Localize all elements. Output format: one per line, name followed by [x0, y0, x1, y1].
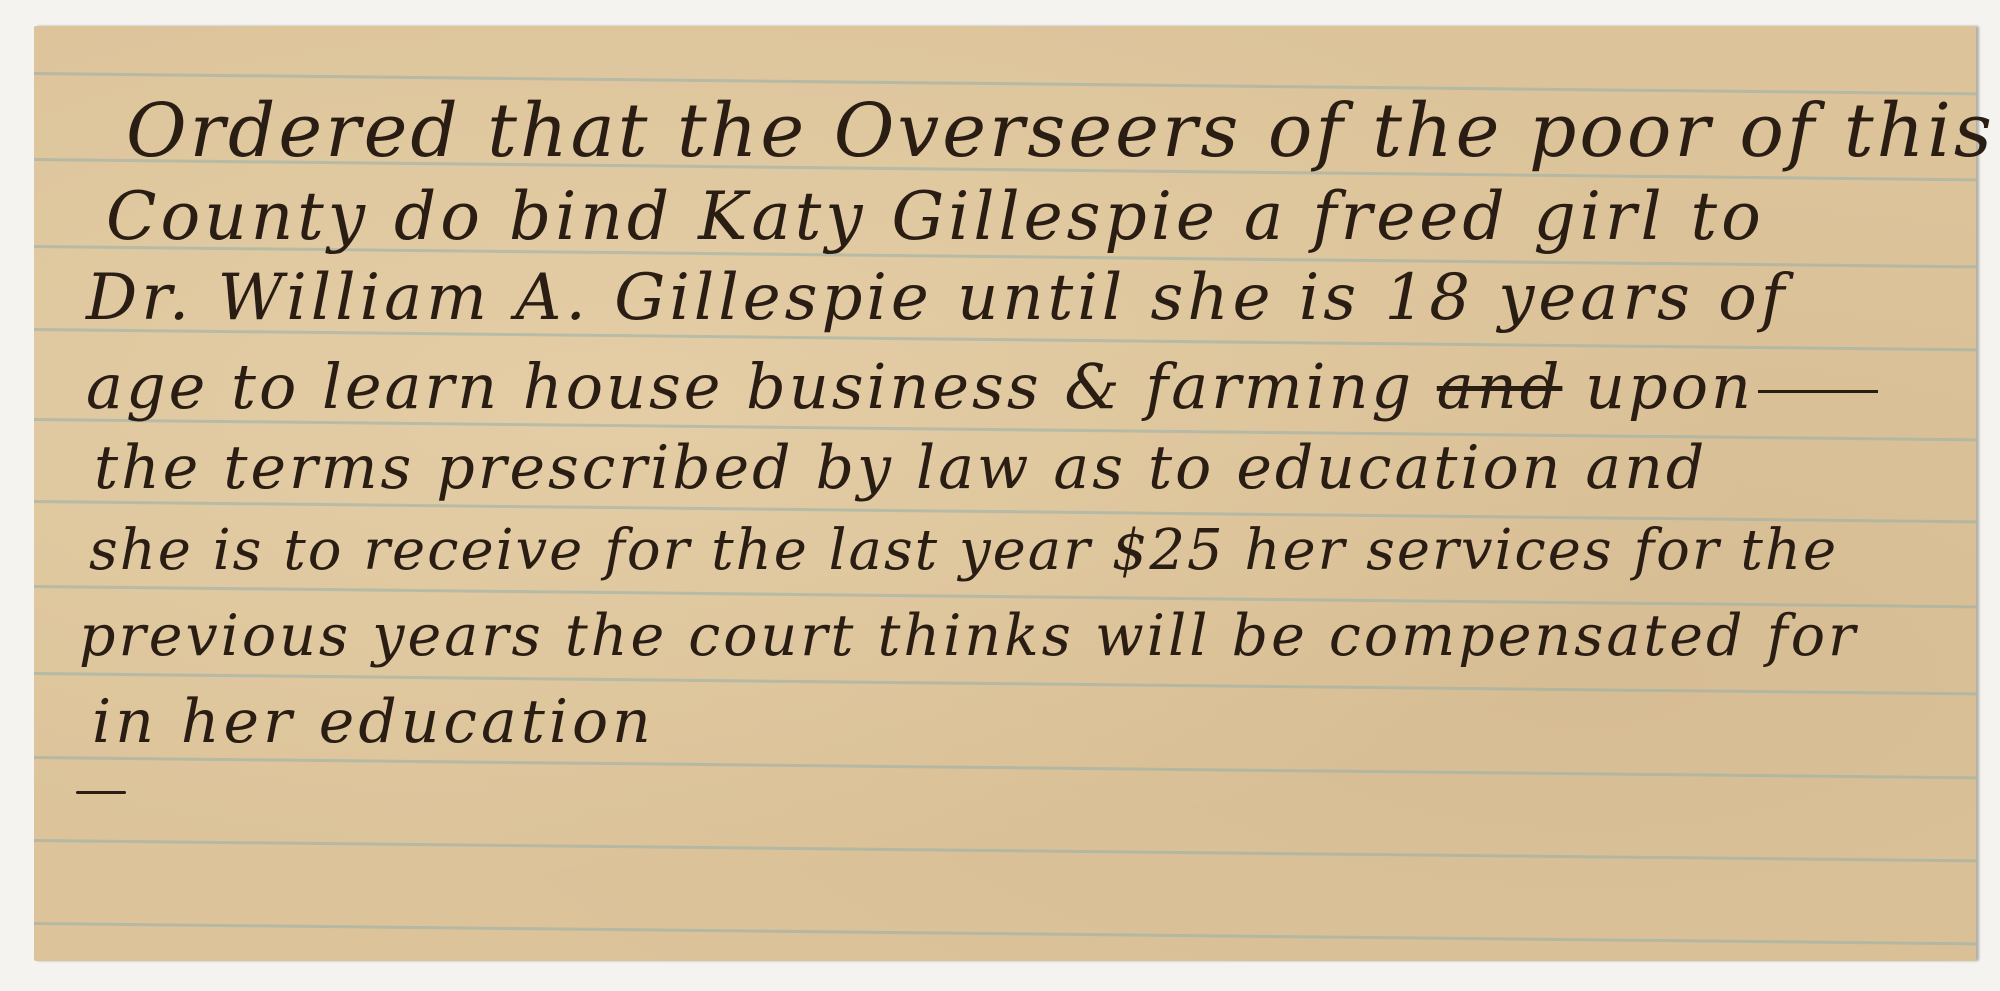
ruled-line	[34, 839, 1976, 862]
closing-dash	[76, 791, 126, 794]
handwritten-line-7: previous years the court thinks will be …	[79, 608, 1858, 665]
struck-word: and	[1437, 350, 1563, 423]
handwritten-line-3: Dr. William A. Gillespie until she is 18…	[86, 266, 1788, 330]
handwritten-line-4: age to learn house business & farming an…	[86, 356, 1878, 418]
handwritten-line-5: the terms prescribed by law as to educat…	[94, 438, 1707, 498]
document-paper: Ordered that the Overseers of the poor o…	[34, 26, 1976, 961]
line-4-text: age to learn house business & farming	[86, 350, 1437, 423]
line-4-end: upon	[1562, 350, 1754, 423]
line-flourish	[1758, 390, 1878, 393]
handwritten-line-2: County do bind Katy Gillespie a freed gi…	[106, 184, 1765, 250]
handwritten-line-1: Ordered that the Overseers of the poor o…	[126, 94, 1995, 168]
ruled-line	[34, 922, 1976, 945]
handwritten-line-6: she is to receive for the last year $25 …	[89, 523, 1838, 579]
ruled-line	[34, 756, 1976, 779]
handwritten-line-8: in her education	[92, 692, 655, 752]
